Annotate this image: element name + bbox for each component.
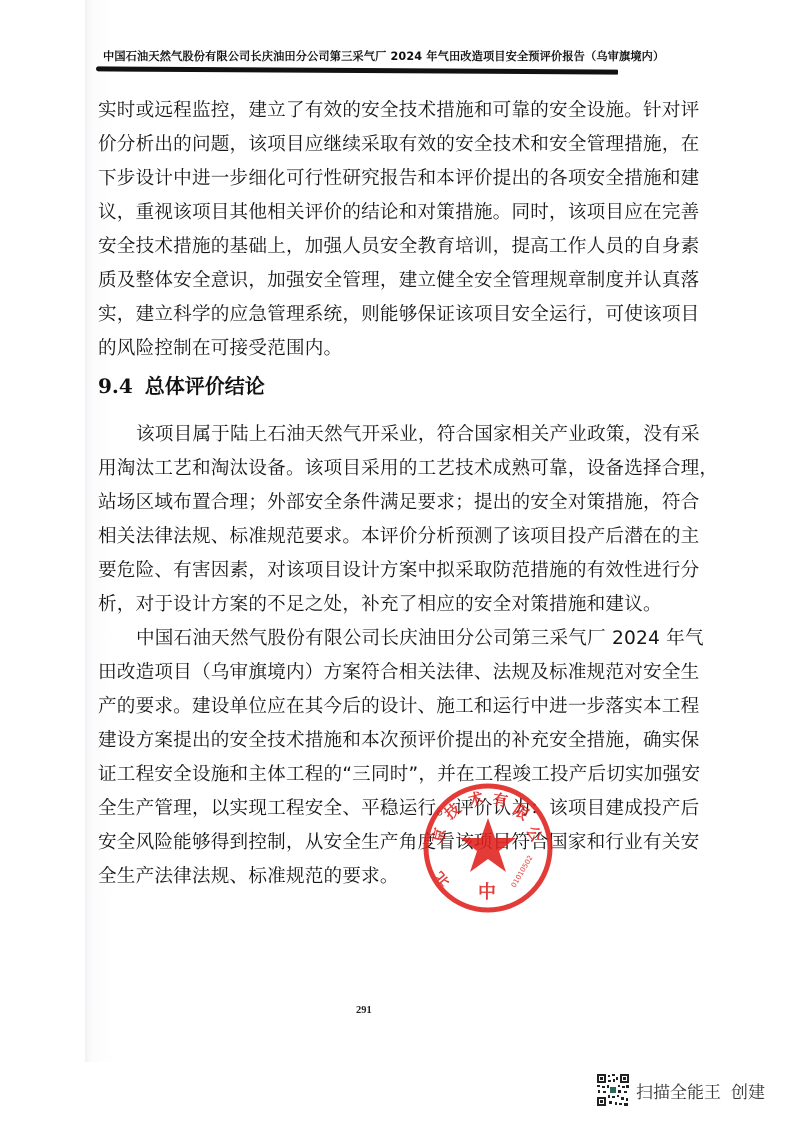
star-icon [460, 818, 516, 872]
text-line: 的风险控制在可接受范围内。 [98, 334, 620, 360]
text-line: 建设方案提出的安全技术措施和本次预评价提出的补充安全措施，确实保 [98, 726, 620, 752]
text-line: 产的要求。建设单位应在其今后的设计、施工和运行中进一步落实本工程 [98, 692, 620, 718]
svg-text:京: 京 [428, 826, 449, 845]
text-line: 要危险、有害因素，对该项目设计方案中拟采取防范措施的有效性进行分 [98, 556, 620, 582]
text-line: 田改造项目（乌审旗境内）方案符合相关法律、法规及标准规范对安全生 [98, 658, 620, 684]
svg-text:公: 公 [523, 823, 547, 846]
section-title: 总体评价结论 [145, 374, 265, 398]
watermark-action: 创建 [731, 1083, 765, 1103]
text-line: 质及整体安全意识，加强安全管理，建立健全安全管理规章制度并认真落 [98, 266, 620, 292]
text-line: 价分析出的问题，该项目应继续采取有效的安全技术和安全管理措施，在 [98, 130, 620, 156]
text-line: 析，对于设计方案的不足之处，补充了相应的安全对策措施和建议。 [98, 590, 620, 616]
text-line: 中国石油天然气股份有限公司长庆油田分公司第三采气厂 2024 年气 [136, 624, 620, 650]
watermark-app-name: 扫描全能王 [636, 1083, 721, 1103]
text-line: 该项目属于陆上石油天然气开采业，符合国家相关产业政策，没有采 [136, 420, 620, 446]
text-line: 用淘汰工艺和淘汰设备。该项目采用的工艺技术成熟可靠，设备选择合理， [98, 454, 620, 480]
watermark-text: 扫描全能王创建 [636, 1078, 765, 1103]
company-seal: 技 术 有 限 公 京 北 中 01010502 [420, 780, 556, 916]
scanner-watermark: 扫描全能王创建 [596, 1071, 765, 1109]
running-header: 中国石油天然气股份有限公司长庆油田分公司第三采气厂 2024 年气田改造项目安全… [103, 48, 623, 64]
text-line: 下步设计中进一步细化可行性研究报告和本评价提出的各项安全措施和建 [98, 164, 620, 190]
section-heading: 9.4总体评价结论 [98, 370, 265, 399]
text-line: 实时或远程监控，建立了有效的安全技术措施和可靠的安全设施。针对评 [98, 96, 620, 122]
text-line: 安全技术措施的基础上，加强人员安全教育培训，提高工作人员的自身素 [98, 232, 620, 258]
svg-text:术: 术 [465, 789, 485, 811]
qr-code-icon [596, 1073, 630, 1107]
text-line: 议，重视该项目其他相关评价的结论和对策措施。同时，该项目应在完善 [98, 198, 620, 224]
seal-graphic: 技 术 有 限 公 京 北 中 01010502 [420, 780, 556, 916]
svg-text:中: 中 [478, 881, 496, 903]
text-line: 相关法律法规、标准规范要求。本评价分析预测了该项目投产后潜在的主 [98, 522, 620, 548]
svg-text:01010502: 01010502 [510, 854, 535, 889]
text-line: 站场区域布置合理；外部安全条件满足要求；提出的安全对策措施，符合 [98, 488, 620, 514]
svg-text:有: 有 [491, 790, 509, 810]
section-number: 9.4 [98, 374, 133, 398]
text-line: 实，建立科学的应急管理系统，则能够保证该项目安全运行，可使该项目 [98, 300, 620, 326]
page-number: 291 [356, 1005, 372, 1016]
